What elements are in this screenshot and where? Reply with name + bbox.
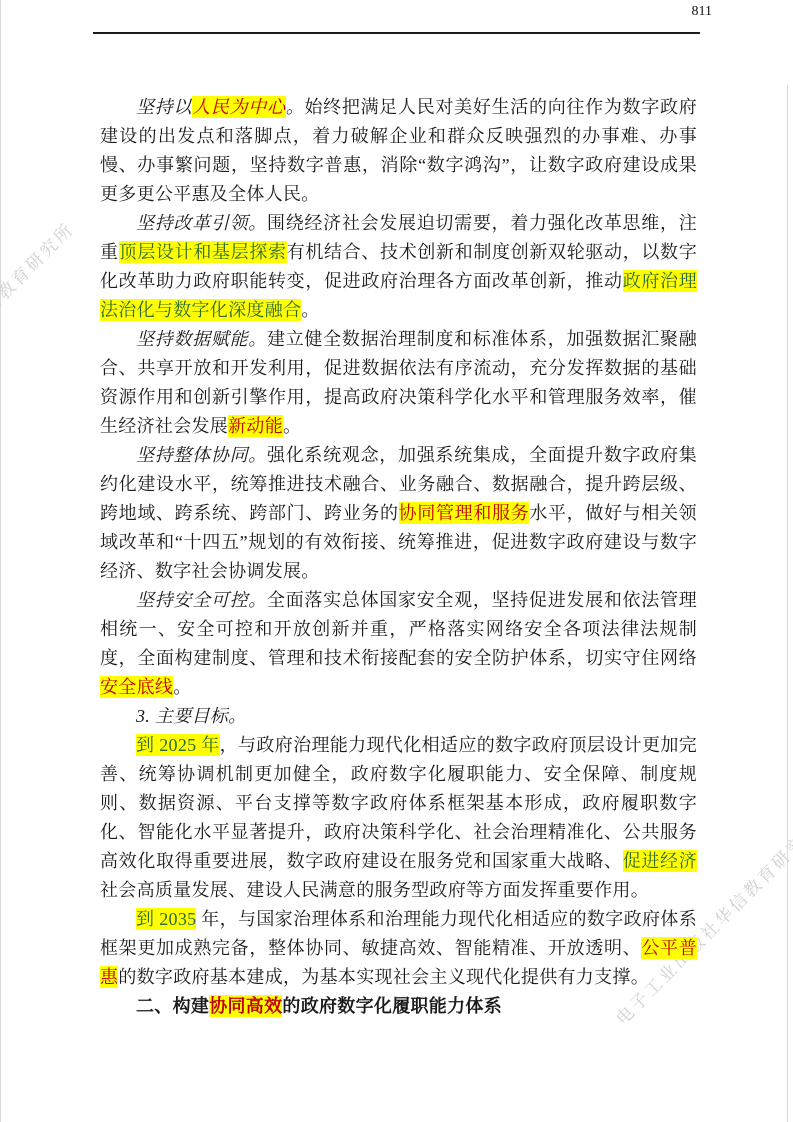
highlighted-text: 协同管理和服务 [399, 502, 530, 524]
highlighted-text: 到 2035 [136, 908, 196, 930]
paragraph: 坚持整体协同。强化系统观念，加强系统集成，全面提升数字政府集约化建设水平，统筹推… [100, 441, 697, 586]
highlighted-text: 人民为中心 [192, 96, 286, 118]
highlighted-text: 协同高效 [209, 995, 282, 1017]
highlighted-text: 到 2025 年 [136, 734, 220, 756]
document-body: 坚持以人民为中心。始终把满足人民对美好生活的向往作为数字政府建设的出发点和落脚点… [100, 93, 697, 1021]
highlighted-text: 安全底线 [100, 676, 173, 698]
text-segment: 坚持整体协同。 [136, 445, 267, 465]
text-segment: 坚持数据赋能。 [136, 329, 267, 349]
paragraph: 到 2025 年，与政府治理能力现代化相适应的数字政府顶层设计更加完善、统筹协调… [100, 731, 697, 905]
page-edge-right [787, 85, 788, 1122]
paragraph: 坚持改革引领。围绕经济社会发展迫切需要，着力强化改革思维，注重顶层设计和基层探索… [100, 209, 697, 325]
text-segment: 。 [301, 300, 319, 320]
watermark-left: 电子工业出版社华信教育研究所 [0, 216, 79, 432]
section-heading: 二、构建协同高效的政府数字化履职能力体系 [100, 992, 697, 1021]
text-segment: 的数字政府基本建成，为基本实现社会主义现代化提供有力支撑。 [118, 967, 649, 987]
text-segment: 坚持改革引领。 [136, 213, 267, 233]
highlighted-text: 新动能 [228, 415, 283, 437]
highlighted-text: 顶层设计和基层探索 [119, 241, 287, 263]
text-segment: 。 [283, 416, 301, 436]
header-rule [93, 32, 700, 34]
text-segment: 3. 主要目标。 [136, 706, 246, 726]
text-segment: 二、构建 [136, 996, 209, 1016]
paragraph: 坚持以人民为中心。始终把满足人民对美好生活的向往作为数字政府建设的出发点和落脚点… [100, 93, 697, 209]
text-segment: 。 [173, 677, 191, 697]
text-segment: 坚持安全可控。 [136, 590, 267, 610]
paragraph: 到 2035 年，与国家治理体系和治理能力现代化相适应的数字政府体系框架更加成熟… [100, 905, 697, 992]
highlighted-text: 促进经济 [623, 850, 697, 872]
page-number: 811 [0, 4, 712, 20]
text-segment: 的政府数字化履职能力体系 [282, 996, 502, 1016]
page-edge-left [0, 0, 1, 1122]
paragraph: 坚持安全可控。全面落实总体国家安全观，坚持促进发展和依法管理相统一、安全可控和开… [100, 586, 697, 702]
paragraph: 坚持数据赋能。建立健全数据治理制度和标准体系，加强数据汇聚融合、共享开放和开发利… [100, 325, 697, 441]
text-segment: 坚持以 [136, 97, 192, 117]
paragraph: 3. 主要目标。 [100, 702, 697, 731]
text-segment: 社会高质量发展、建设人民满意的服务型政府等方面发挥重要作用。 [100, 880, 649, 900]
text-segment: 。 [286, 97, 305, 117]
